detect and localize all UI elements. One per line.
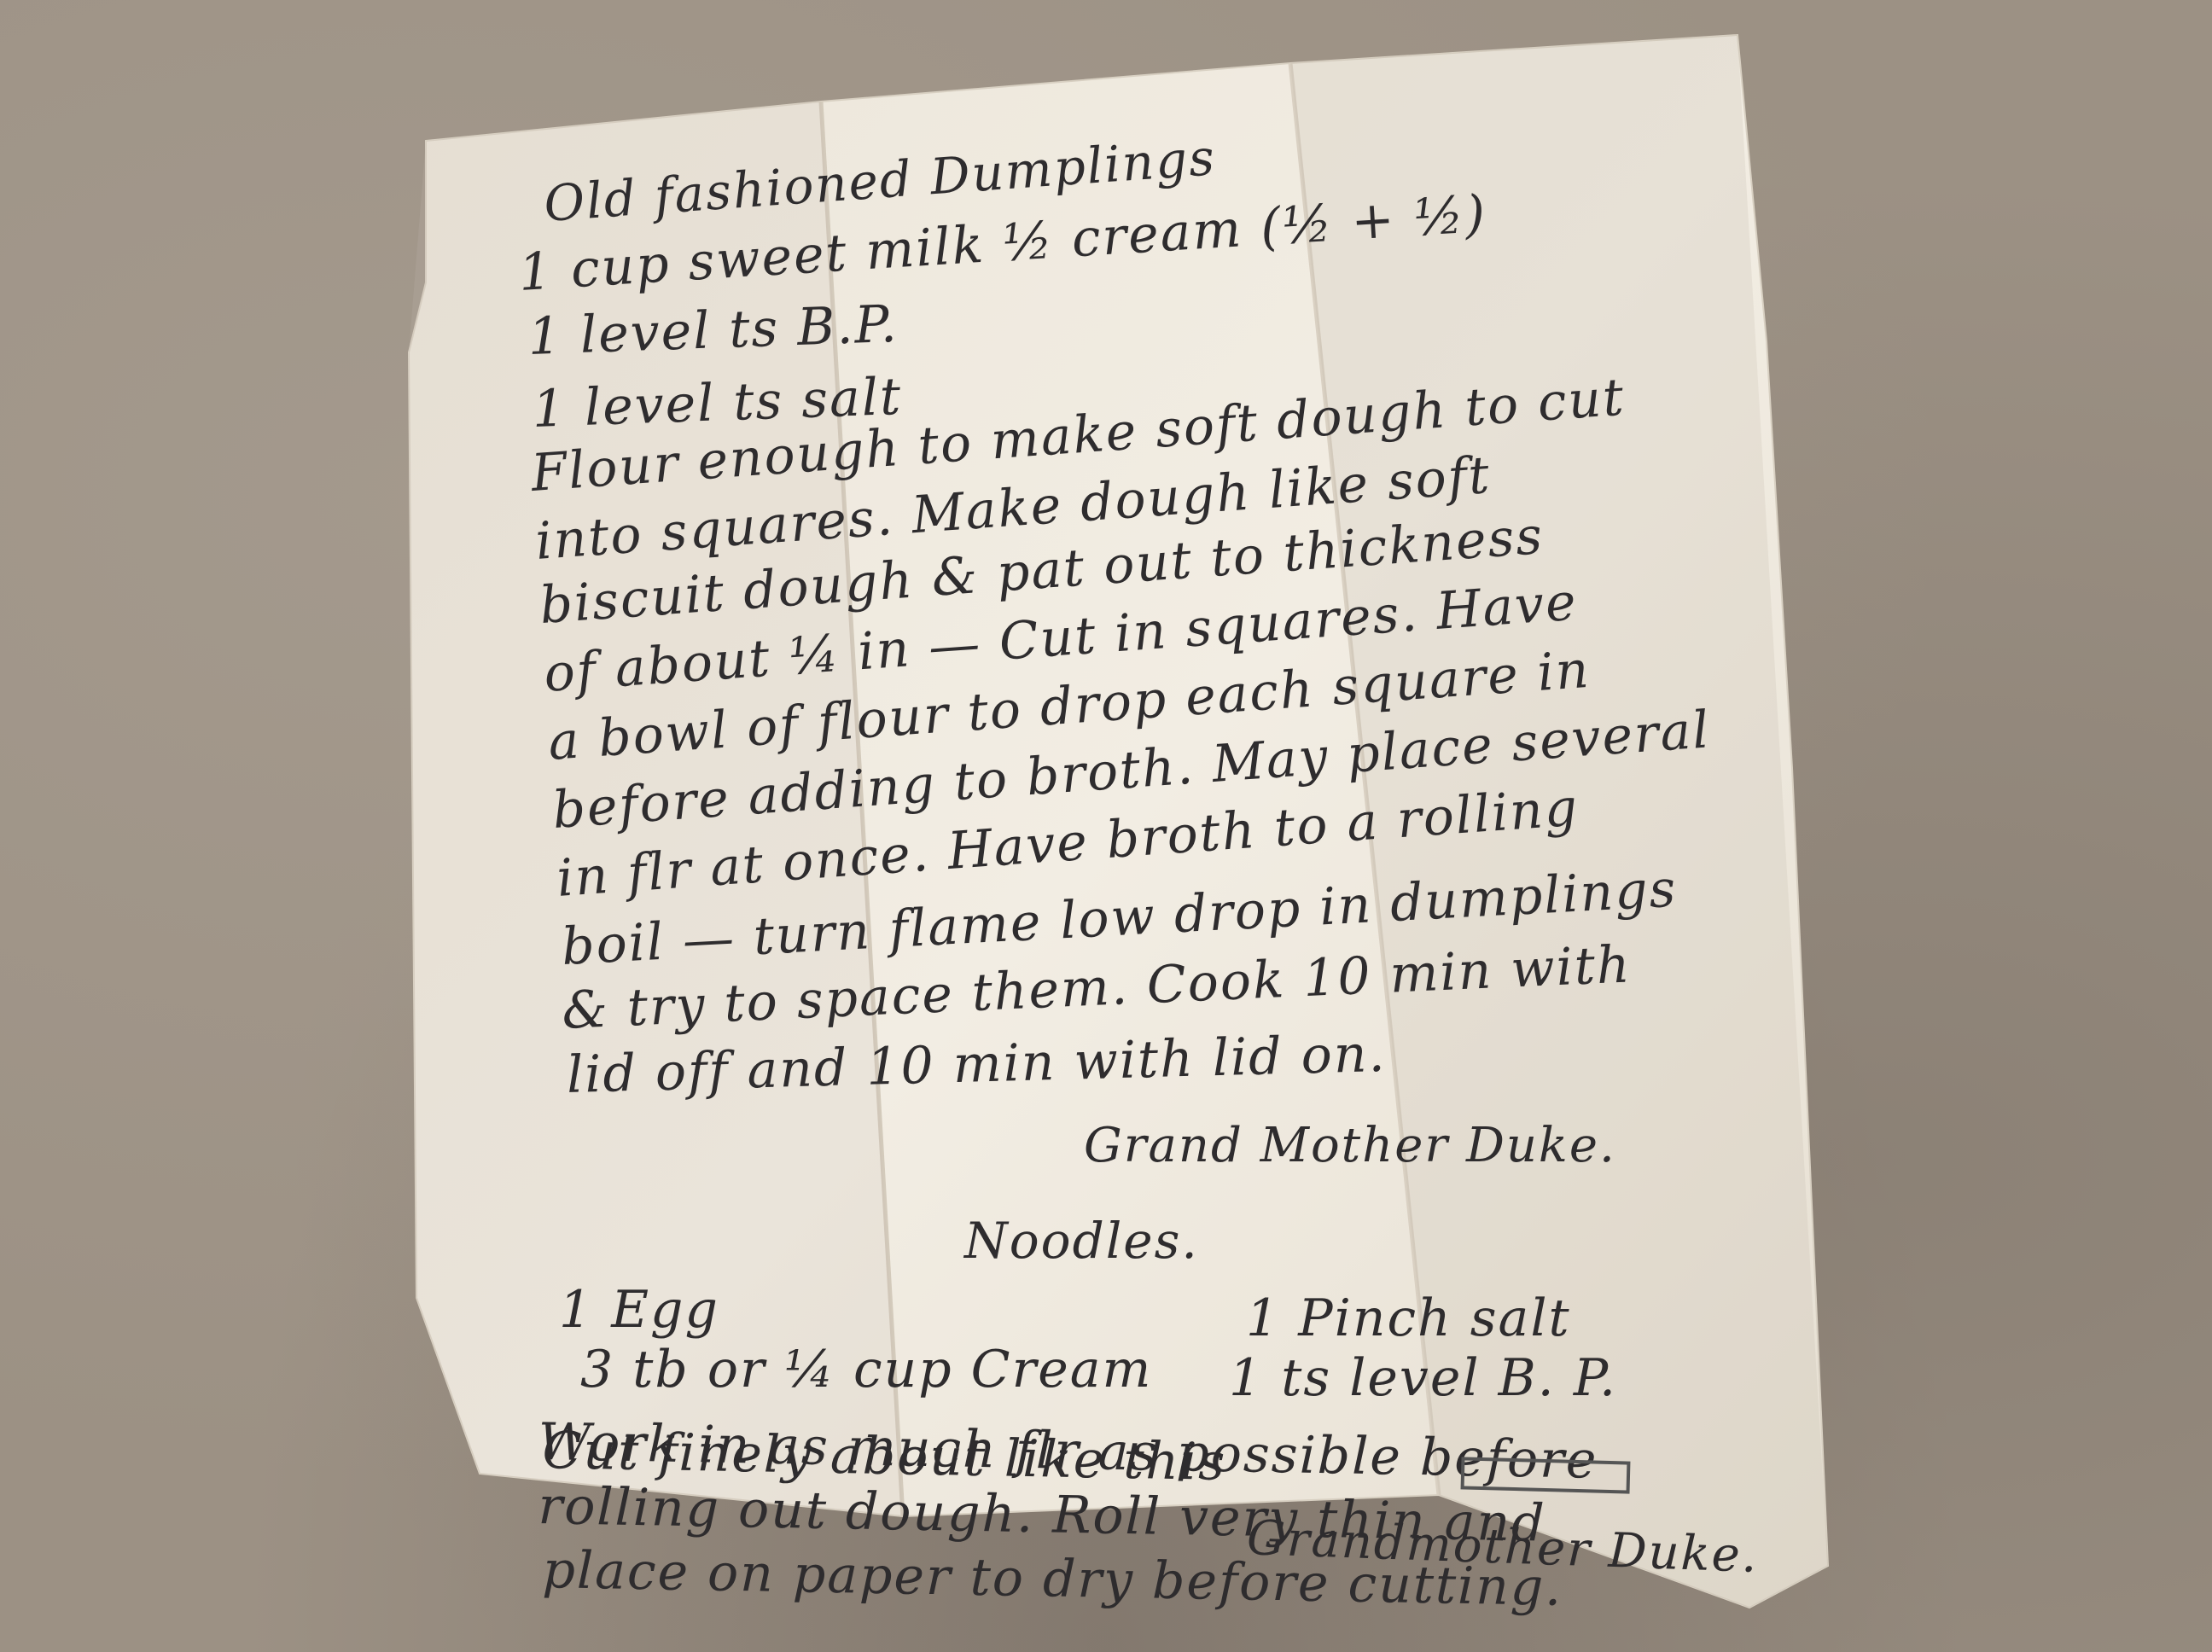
ingredient-line: 1 Pinch salt [1246, 1288, 1571, 1348]
recipe-title-noodles: Noodles. [964, 1212, 1199, 1270]
signature-dumplings: Grand Mother Duke. [1084, 1118, 1616, 1173]
ingredient-line: 3 tb or ¼ cup Cream [580, 1340, 1152, 1399]
noodle-width-sketch [1461, 1457, 1631, 1493]
ingredient-line: 1 ts level B. P. [1229, 1348, 1617, 1408]
ingredient-line: 1 Egg [559, 1280, 719, 1340]
instruction-line-last: Cut finely about like this [542, 1421, 1227, 1492]
